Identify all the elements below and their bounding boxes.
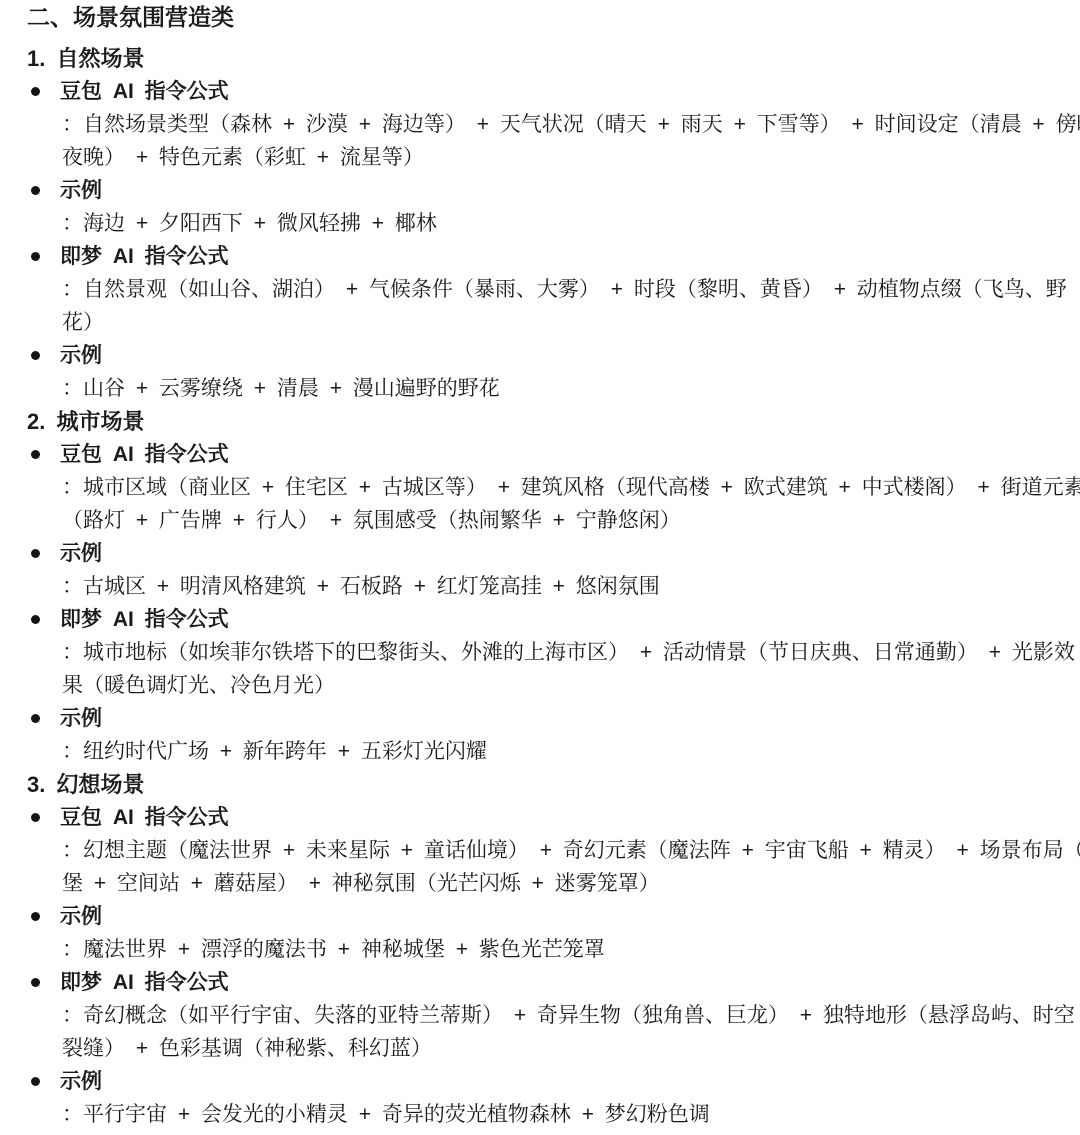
formula-text: ：城市地标（如埃菲尔铁塔下的巴黎街头、外滩的上海市区） + 活动情景（节日庆典、… [27, 636, 1060, 702]
example-line: ：海边 + 夕阳西下 + 微风轻拂 + 椰林 [62, 207, 1060, 240]
list-item: 即梦 AI 指令公式 [27, 603, 1060, 636]
example-line: ：魔法世界 + 漂浮的魔法书 + 神秘城堡 + 紫色光芒笼罩 [62, 933, 1060, 966]
bullet-icon [31, 549, 40, 558]
list-item: 示例 [27, 174, 1060, 207]
formula-line: 裂缝） + 色彩基调（神秘紫、科幻蓝） [62, 1032, 1060, 1065]
bullet-label: 即梦 AI 指令公式 [60, 240, 229, 273]
bullet-icon [31, 450, 40, 459]
formula-line: ：奇幻概念（如平行宇宙、失落的亚特兰蒂斯） + 奇异生物（独角兽、巨龙） + 独… [62, 999, 1060, 1032]
bullet-icon [31, 912, 40, 921]
formula-line: ：城市地标（如埃菲尔铁塔下的巴黎街头、外滩的上海市区） + 活动情景（节日庆典、… [62, 636, 1060, 669]
section-heading: 1. 自然场景 [27, 42, 1060, 75]
list-item: 豆包 AI 指令公式 [27, 75, 1060, 108]
list-item: 即梦 AI 指令公式 [27, 240, 1060, 273]
list-item: 示例 [27, 1065, 1060, 1098]
document: 二、场景氛围营造类 1. 自然场景 豆包 AI 指令公式 ：自然场景类型（森林 … [0, 2, 1080, 1135]
formula-text: ：城市区域（商业区 + 住宅区 + 古城区等） + 建筑风格（现代高楼 + 欧式… [27, 471, 1060, 537]
section-heading: 2. 城市场景 [27, 405, 1060, 438]
bullet-icon [31, 615, 40, 624]
list-item: 示例 [27, 537, 1060, 570]
example-text: ：魔法世界 + 漂浮的魔法书 + 神秘城堡 + 紫色光芒笼罩 [27, 933, 1060, 966]
example-text: ：纽约时代广场 + 新年跨年 + 五彩灯光闪耀 [27, 735, 1060, 768]
bullet-label: 即梦 AI 指令公式 [60, 966, 229, 999]
list-item: 示例 [27, 900, 1060, 933]
formula-line: 夜晚） + 特色元素（彩虹 + 流星等） [62, 141, 1060, 174]
example-text: ：古城区 + 明清风格建筑 + 石板路 + 红灯笼高挂 + 悠闲氛围 [27, 570, 1060, 603]
bullet-icon [31, 87, 40, 96]
formula-line: ：自然景观（如山谷、湖泊） + 气候条件（暴雨、大雾） + 时段（黎明、黄昏） … [62, 273, 1060, 306]
formula-text: ：自然景观（如山谷、湖泊） + 气候条件（暴雨、大雾） + 时段（黎明、黄昏） … [27, 273, 1060, 339]
bullet-icon [31, 714, 40, 723]
page-title: 二、场景氛围营造类 [27, 2, 1060, 32]
list-item: 豆包 AI 指令公式 [27, 801, 1060, 834]
formula-line: （路灯 + 广告牌 + 行人） + 氛围感受（热闹繁华 + 宁静悠闲） [62, 504, 1060, 537]
list-item: 豆包 AI 指令公式 [27, 438, 1060, 471]
bullet-label: 示例 [60, 174, 102, 207]
section-heading: 3. 幻想场景 [27, 768, 1060, 801]
bullet-label: 示例 [60, 1065, 102, 1098]
bullet-icon [31, 186, 40, 195]
bullet-label: 豆包 AI 指令公式 [60, 801, 229, 834]
list-item: 即梦 AI 指令公式 [27, 966, 1060, 999]
formula-text: ：自然场景类型（森林 + 沙漠 + 海边等） + 天气状况（晴天 + 雨天 + … [27, 108, 1060, 174]
formula-line: 堡 + 空间站 + 蘑菇屋） + 神秘氛围（光芒闪烁 + 迷雾笼罩） [62, 867, 1060, 900]
formula-line: 果（暖色调灯光、冷色月光） [62, 669, 1060, 702]
bullet-label: 示例 [60, 339, 102, 372]
bullet-label: 示例 [60, 702, 102, 735]
bullet-icon [31, 813, 40, 822]
list-item: 示例 [27, 339, 1060, 372]
bullet-label: 示例 [60, 537, 102, 570]
bullet-label: 示例 [60, 900, 102, 933]
section-fantasy-scene: 3. 幻想场景 豆包 AI 指令公式 ：幻想主题（魔法世界 + 未来星际 + 童… [27, 768, 1060, 1131]
formula-line: ：城市区域（商业区 + 住宅区 + 古城区等） + 建筑风格（现代高楼 + 欧式… [62, 471, 1060, 504]
bullet-icon [31, 351, 40, 360]
bullet-icon [31, 252, 40, 261]
example-text: ：山谷 + 云雾缭绕 + 清晨 + 漫山遍野的野花 [27, 372, 1060, 405]
example-text: ：海边 + 夕阳西下 + 微风轻拂 + 椰林 [27, 207, 1060, 240]
formula-line: ：自然场景类型（森林 + 沙漠 + 海边等） + 天气状况（晴天 + 雨天 + … [62, 108, 1060, 141]
formula-text: ：奇幻概念（如平行宇宙、失落的亚特兰蒂斯） + 奇异生物（独角兽、巨龙） + 独… [27, 999, 1060, 1065]
bullet-label: 即梦 AI 指令公式 [60, 603, 229, 636]
example-line: ：古城区 + 明清风格建筑 + 石板路 + 红灯笼高挂 + 悠闲氛围 [62, 570, 1060, 603]
bullet-icon [31, 1077, 40, 1086]
example-line: ：纽约时代广场 + 新年跨年 + 五彩灯光闪耀 [62, 735, 1060, 768]
bullet-label: 豆包 AI 指令公式 [60, 75, 229, 108]
formula-line: ：幻想主题（魔法世界 + 未来星际 + 童话仙境） + 奇幻元素（魔法阵 + 宇… [62, 834, 1060, 867]
bullet-label: 豆包 AI 指令公式 [60, 438, 229, 471]
section-city-scene: 2. 城市场景 豆包 AI 指令公式 ：城市区域（商业区 + 住宅区 + 古城区… [27, 405, 1060, 768]
formula-line: 花） [62, 306, 1060, 339]
example-text: ：平行宇宙 + 会发光的小精灵 + 奇异的荧光植物森林 + 梦幻粉色调 [27, 1098, 1060, 1131]
section-natural-scene: 1. 自然场景 豆包 AI 指令公式 ：自然场景类型（森林 + 沙漠 + 海边等… [27, 42, 1060, 405]
formula-text: ：幻想主题（魔法世界 + 未来星际 + 童话仙境） + 奇幻元素（魔法阵 + 宇… [27, 834, 1060, 900]
list-item: 示例 [27, 702, 1060, 735]
example-line: ：平行宇宙 + 会发光的小精灵 + 奇异的荧光植物森林 + 梦幻粉色调 [62, 1098, 1060, 1131]
bullet-icon [31, 978, 40, 987]
example-line: ：山谷 + 云雾缭绕 + 清晨 + 漫山遍野的野花 [62, 372, 1060, 405]
